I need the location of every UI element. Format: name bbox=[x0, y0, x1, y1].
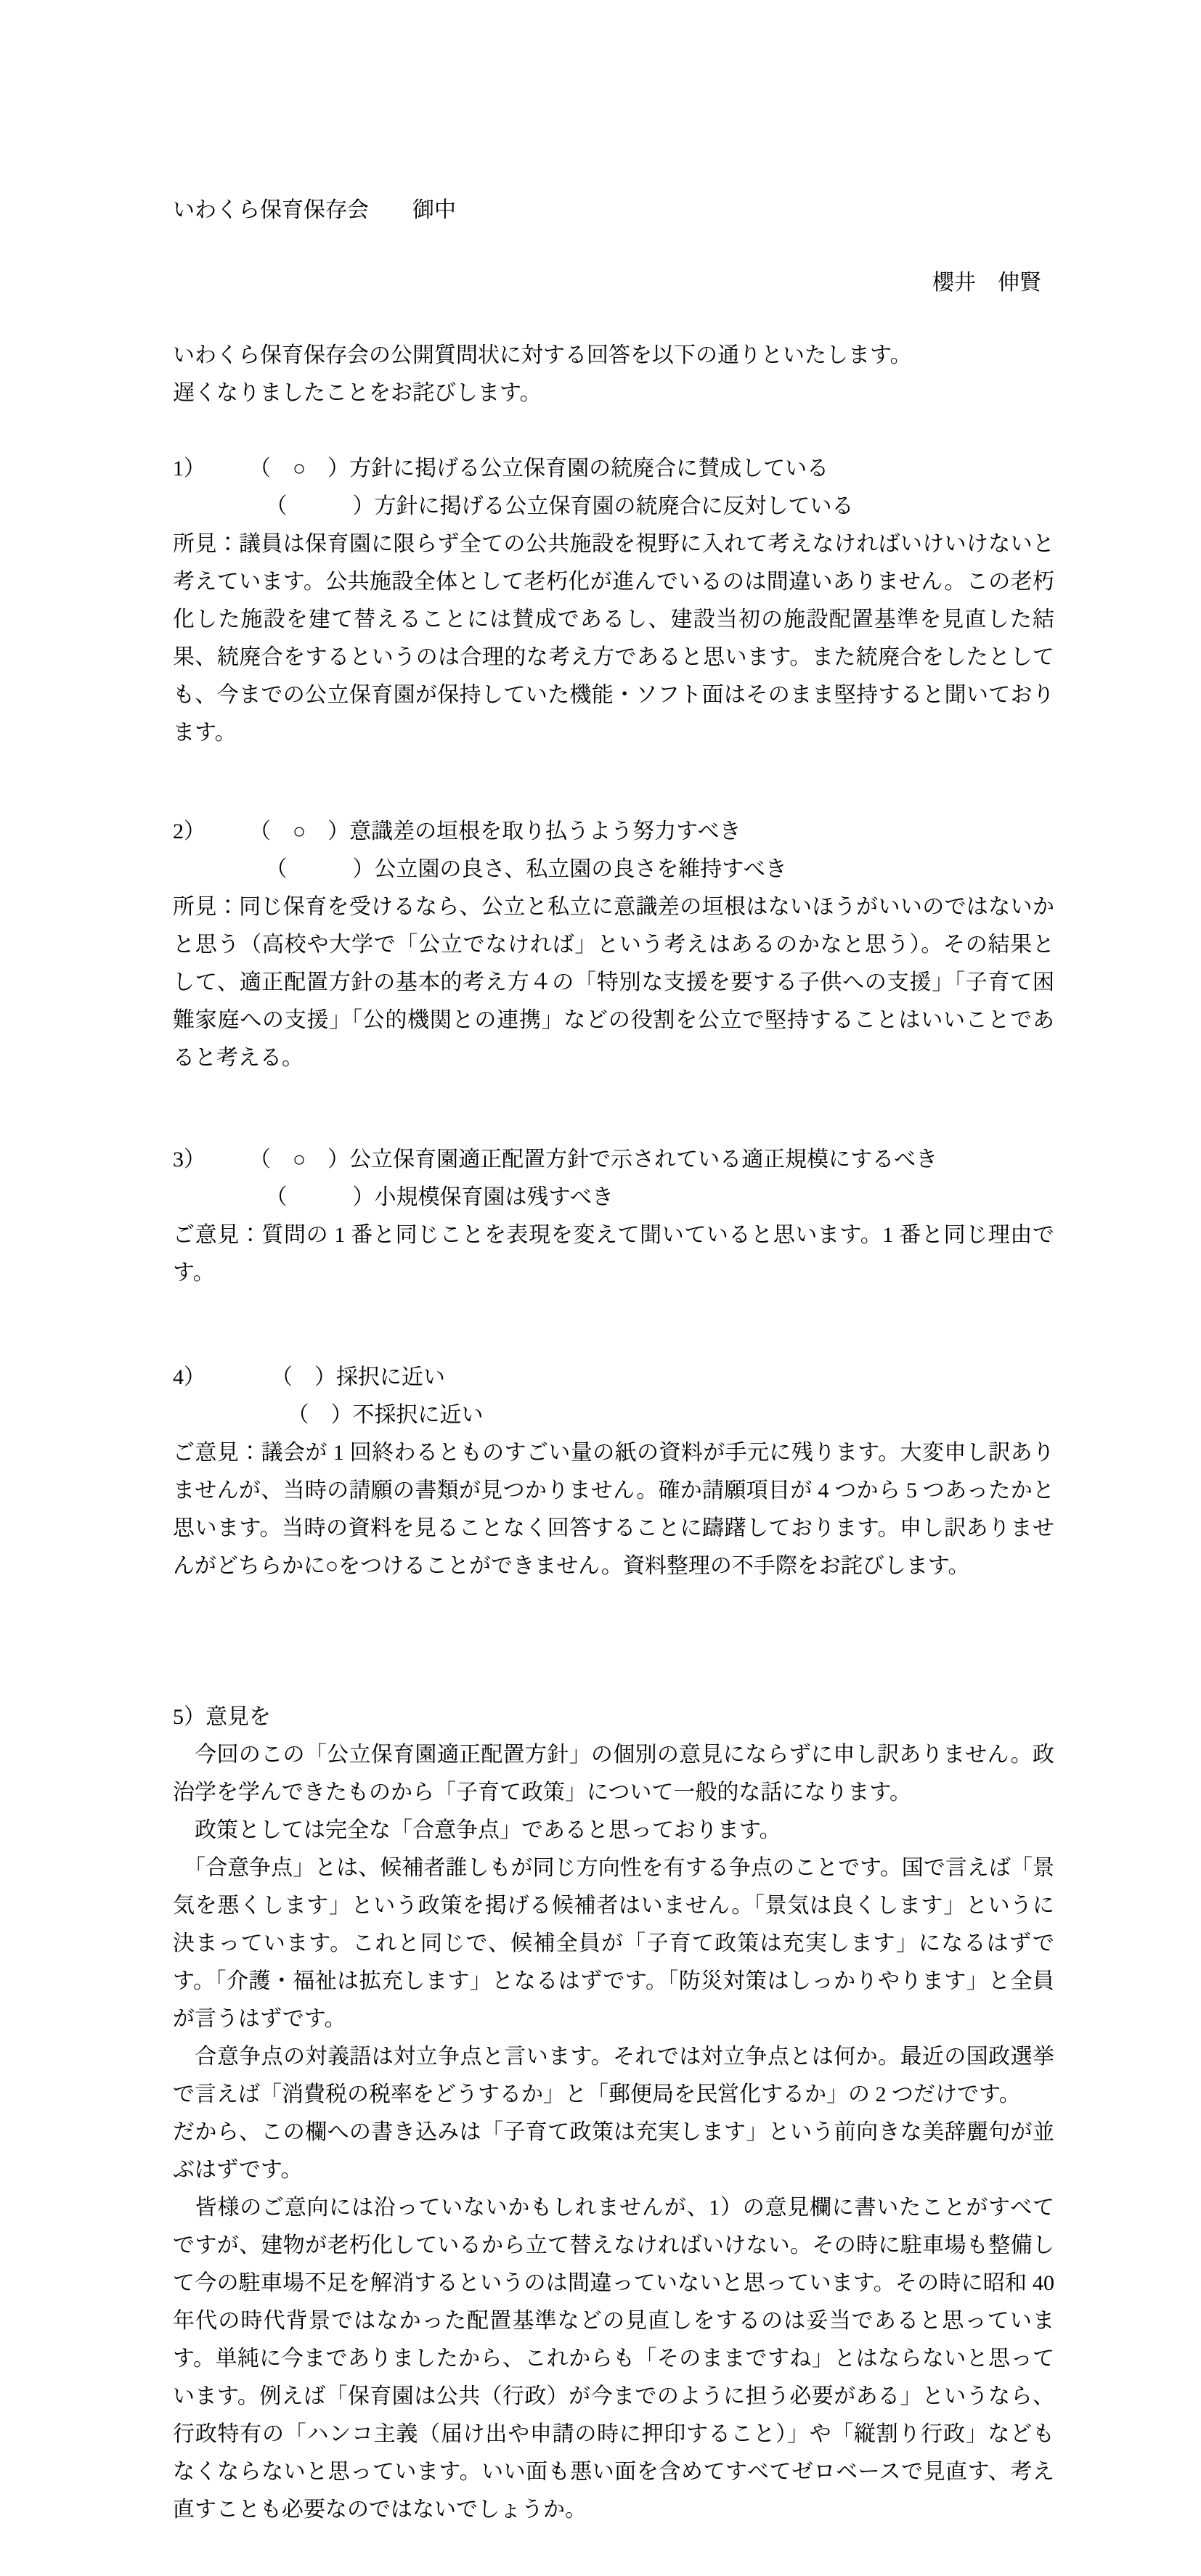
question-4-option-adopt: 4） （ ）採択に近い bbox=[173, 1359, 1054, 1397]
document-page: いわくら保育保存会 御中 櫻井 伸賢 いわくら保育保存会の公開質問状に対する回答… bbox=[0, 0, 1201, 2576]
question-3-comment: ご意見：質問の 1 番と同じことを表現を変えて聞いていると思います。1 番と同じ… bbox=[173, 1217, 1054, 1292]
question-2-option-maintain: （ ）公立園の良さ、私立園の良さを維持すべき bbox=[173, 851, 1054, 888]
intro-line-2: 遅くなりましたことをお詫びします。 bbox=[173, 375, 1054, 412]
question-4-option-reject: （ ）不採択に近い bbox=[173, 1397, 1054, 1434]
question-4-block: 4） （ ）採択に近い （ ）不採択に近い ご意見：議会が 1 回終わるとものす… bbox=[173, 1359, 1054, 1585]
question-3-block: 3） （ ○ ）公立保育園適正配置方針で示されている適正規模にするべき （ ）小… bbox=[173, 1141, 1054, 1292]
question-1-option-disagree: （ ）方針に掲げる公立保育園の統廃合に反対している bbox=[173, 488, 1054, 526]
question-2-comment: 所見：同じ保育を受けるなら、公立と私立に意識差の垣根はないほうがいいのではないか… bbox=[173, 888, 1054, 1077]
section-5-paragraph-1: 今回のこの「公立保育園適正配置方針」の個別の意見にならずに申し訳ありません。政治… bbox=[173, 1736, 1054, 1812]
section-5-paragraph-2: 政策としては完全な「合意争点」であると思っております。 bbox=[173, 1812, 1054, 1849]
section-5-block: 5）意見を 今回のこの「公立保育園適正配置方針」の個別の意見にならずに申し訳あり… bbox=[173, 1698, 1054, 2529]
question-1-option-agree: 1） （ ○ ）方針に掲げる公立保育園の統廃合に賛成している bbox=[173, 450, 1054, 488]
sender-name: 櫻井 伸賢 bbox=[173, 264, 1054, 302]
section-5-paragraph-3: 「合意争点」とは、候補者誰しもが同じ方向性を有する争点のことです。国で言えば「景… bbox=[173, 1849, 1054, 2038]
question-2-block: 2） （ ○ ）意識差の垣根を取り払うよう努力すべき （ ）公立園の良さ、私立園… bbox=[173, 813, 1054, 1077]
question-3-option-keep-small: （ ）小規模保育園は残すべき bbox=[173, 1179, 1054, 1217]
section-5-heading: 5）意見を bbox=[173, 1698, 1054, 1736]
section-5-paragraph-6: 皆様のご意向には沿っていないかもしれませんが、1）の意見欄に書いたことがすべてで… bbox=[173, 2189, 1054, 2529]
question-3-option-proper-scale: 3） （ ○ ）公立保育園適正配置方針で示されている適正規模にするべき bbox=[173, 1141, 1054, 1179]
addressee-line: いわくら保育保存会 御中 bbox=[173, 192, 1054, 229]
section-5-paragraph-5: だから、この欄への書き込みは「子育て政策は充実します」という前向きな美辞麗句が並… bbox=[173, 2114, 1054, 2189]
question-1-block: 1） （ ○ ）方針に掲げる公立保育園の統廃合に賛成している （ ）方針に掲げる… bbox=[173, 450, 1054, 752]
intro-line-1: いわくら保育保存会の公開質問状に対する回答を以下の通りといたします。 bbox=[173, 337, 1054, 375]
question-1-comment: 所見：議員は保育園に限らず全ての公共施設を視野に入れて考えなければいけいけないと… bbox=[173, 526, 1054, 752]
section-5-paragraph-4: 合意争点の対義語は対立争点と言います。それでは対立争点とは何か。最近の国政選挙で… bbox=[173, 2038, 1054, 2114]
question-2-option-effort: 2） （ ○ ）意識差の垣根を取り払うよう努力すべき bbox=[173, 813, 1054, 851]
question-4-comment: ご意見：議会が 1 回終わるとものすごい量の紙の資料が手元に残ります。大変申し訳… bbox=[173, 1434, 1054, 1585]
